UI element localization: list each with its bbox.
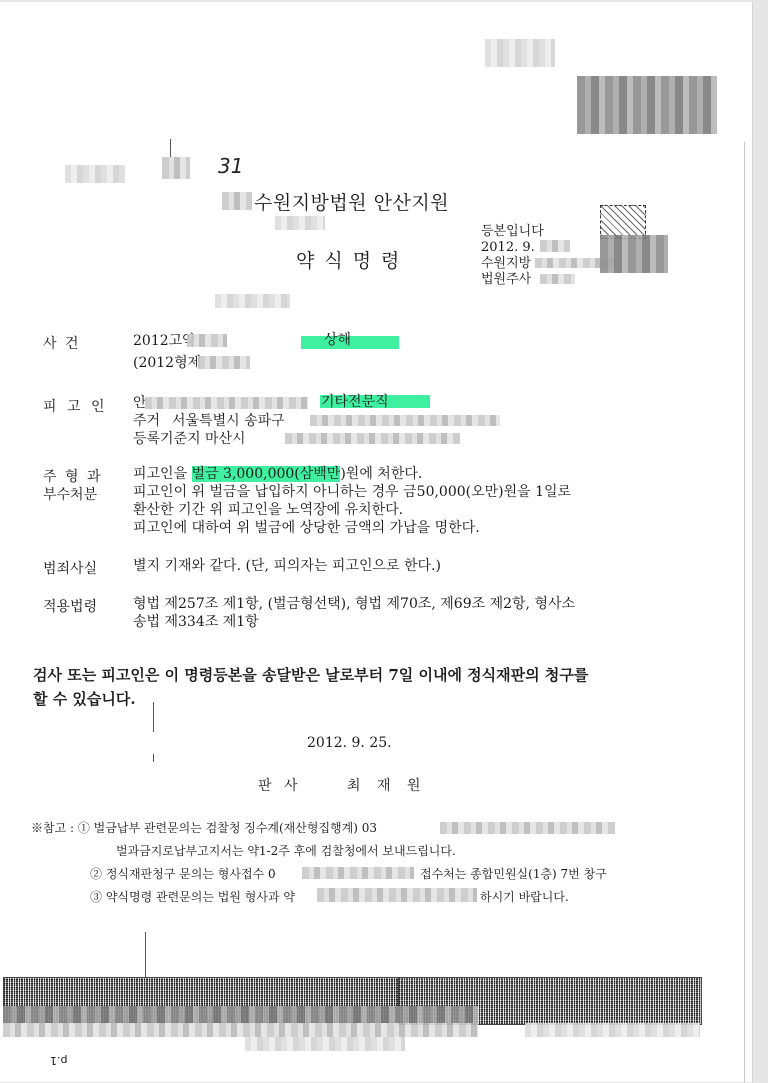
scan-mark xyxy=(145,932,146,977)
reference-item-2: ② 정식재판청구 문의는 형사접수 0 xyxy=(90,863,276,886)
redacted-contact xyxy=(317,888,477,902)
reference-item-3-suffix: 하시기 바랍니다. xyxy=(480,886,569,909)
sentence-prefix: 피고인을 xyxy=(133,466,192,482)
reference-item-2-suffix: 접수처는 종합민원실(1층) 7번 창구 xyxy=(420,863,607,886)
scan-mark xyxy=(170,139,171,157)
appeal-notice-line-1: 검사 또는 피고인은 이 명령등본을 송달받은 날로부터 7일 이내에 정식재판… xyxy=(33,663,588,687)
certification-heading: 등본입니다 xyxy=(481,224,544,240)
defendant-label: 피 고 인 xyxy=(43,396,107,416)
sentence-line-3: 환산한 기간 위 피고인을 노역장에 유치한다. xyxy=(133,501,403,519)
redacted-footer-line xyxy=(245,1037,405,1051)
redacted-footer-line xyxy=(3,1023,478,1037)
scan-artifact-line xyxy=(744,142,745,1082)
sentence-line-1: 피고인을 벌금 3,000,000(삼백만)원에 처한다. xyxy=(133,465,422,483)
reference-item-1-note: 벌과금지로납부고지서는 약1-2주 후에 검찰청에서 보내드립니다. xyxy=(116,840,456,863)
police-case-number: (2012형제 xyxy=(133,354,201,372)
redacted-court-prefix xyxy=(222,192,252,210)
redacted-handwriting xyxy=(162,157,190,179)
judge-name: 최 재 원 xyxy=(347,775,426,795)
redacted-handwriting xyxy=(65,165,125,183)
document-title: 약식명령 xyxy=(296,246,409,273)
address-label: 주거 xyxy=(133,412,160,430)
handwritten-note: 31 xyxy=(218,154,243,178)
court-seal xyxy=(600,205,646,239)
occupation: 기타전문직 xyxy=(321,393,389,411)
redacted-address xyxy=(310,415,500,426)
laws-line-1: 형법 제257조 제1항, (벌금형선택), 형법 제70조, 제69조 제2항… xyxy=(133,595,575,613)
sentence-line-4: 피고인에 대하여 위 벌금에 상당한 금액의 가납을 명한다. xyxy=(133,519,480,537)
redacted-seal xyxy=(600,235,668,273)
sentence-line-2: 피고인이 위 벌금을 납입하지 아니하는 경우 금50,000(오만)원을 1일… xyxy=(133,483,571,501)
redacted-date xyxy=(540,240,570,252)
redacted-footer-line xyxy=(525,1023,700,1037)
sentence-label-2: 부수처분 xyxy=(43,484,97,504)
certification-clerk-label: 법원주사 xyxy=(481,272,531,288)
redacted-clerk-name xyxy=(540,274,575,284)
scanned-document-page: 31 수원지방법원 안산지원 약식명령 등본입니다 2012. 9. 수원지방 … xyxy=(0,2,753,1082)
address: 서울특별시 송파구 xyxy=(172,412,285,430)
facts-text: 별지 기재와 같다. (단, 피의자는 피고인으로 한다.) xyxy=(133,557,441,575)
issue-date: 2012. 9. 25. xyxy=(307,735,392,751)
scan-mark xyxy=(153,702,154,732)
redacted-case-number xyxy=(187,334,227,347)
offense: 상해 xyxy=(324,331,351,349)
redacted-header-mark xyxy=(485,39,555,67)
redacted-stamp-number xyxy=(215,294,290,308)
redacted-defendant-id xyxy=(145,397,308,409)
registry-address: 마산시 xyxy=(205,430,246,448)
sentence-suffix: )원에 처한다. xyxy=(340,466,422,482)
sentence-label: 주 형 과 xyxy=(43,466,102,486)
fine-amount-highlight: 벌금 3,000,000(삼백만 xyxy=(192,466,341,482)
laws-label: 적용법령 xyxy=(43,596,97,616)
certification-date: 2012. 9. xyxy=(481,240,535,256)
redacted-registry xyxy=(285,433,460,444)
redacted-footer-line xyxy=(3,1006,478,1023)
facts-label: 범죄사실 xyxy=(43,558,97,578)
redacted-phone xyxy=(302,867,414,879)
redacted-police-number xyxy=(198,356,250,369)
court-name: 수원지방법원 안산지원 xyxy=(254,188,449,215)
reference-prefix: ※참고 : xyxy=(31,821,78,835)
certification-issuer: 수원지방 xyxy=(481,256,531,272)
scan-mark xyxy=(153,754,154,762)
reference-item-1-text: ① 벌금납부 관련문의는 검찰청 징수계(재산형집행계) 03 xyxy=(78,821,377,835)
reference-item-1: ※참고 : ① 벌금납부 관련문의는 검찰청 징수계(재산형집행계) 03 xyxy=(31,817,377,840)
judge-title: 판 사 xyxy=(258,775,302,795)
laws-line-2: 송법 제334조 제1항 xyxy=(133,613,259,631)
reference-item-3: ③ 약식명령 관련문의는 법원 형사과 약 xyxy=(90,886,295,909)
case-label: 사 건 xyxy=(43,333,81,353)
redacted-stamp xyxy=(275,216,325,230)
redacted-phone xyxy=(440,822,615,834)
redacted-header-stamp xyxy=(577,76,717,134)
page-number: p.1 xyxy=(50,1054,67,1067)
registry-label: 등록기준지 xyxy=(133,430,201,448)
appeal-notice-line-2: 할 수 있습니다. xyxy=(33,687,136,711)
